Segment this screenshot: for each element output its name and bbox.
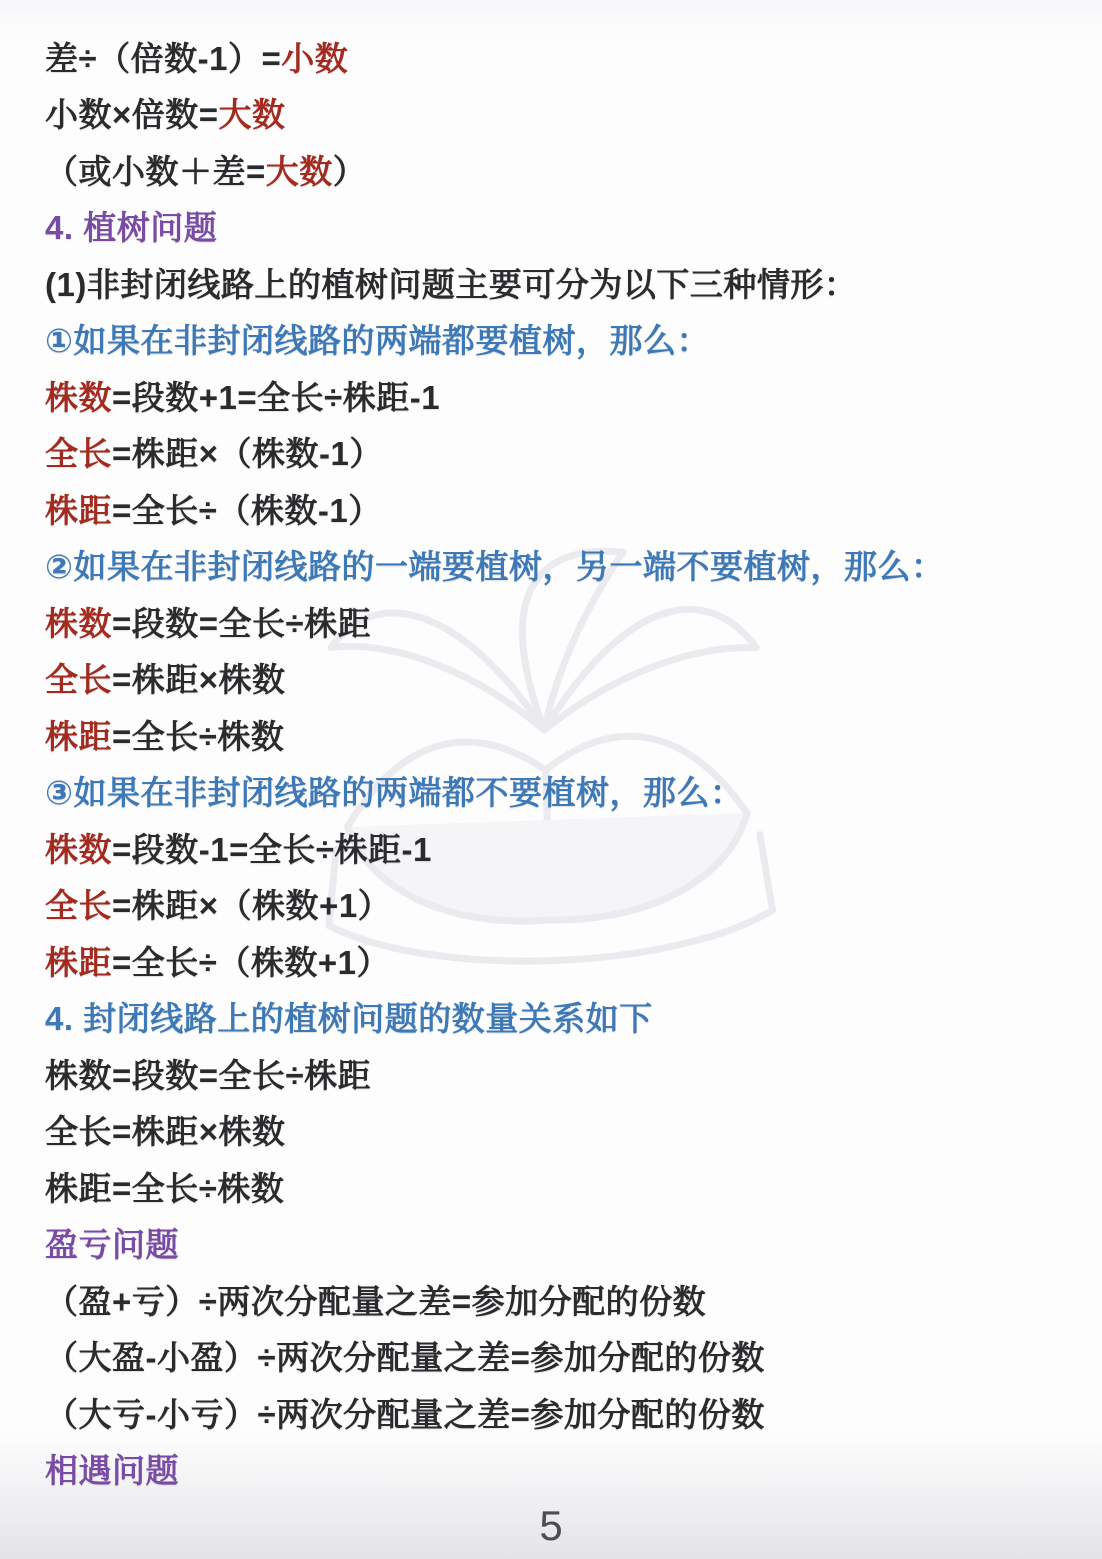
text-segment: 大数: [219, 89, 286, 136]
formula-line: 株数=段数+1=全长÷株距-1: [45, 367, 1078, 424]
text-segment: 株距: [45, 485, 112, 532]
case-heading: ②如果在非封闭线路的一端要植树，另一端不要植树，那么：: [45, 537, 1078, 594]
text-segment: 株距: [45, 711, 112, 758]
text-segment: =全长÷（株数+1）: [112, 937, 390, 984]
formula-line: 全长=株距×（株数+1）: [45, 876, 1078, 933]
text-segment: =段数=全长÷株距: [112, 598, 371, 645]
intro-line: (1)非封闭线路上的植树问题主要可分为以下三种情形：: [45, 254, 1078, 311]
text-segment: 4. 植树问题: [45, 202, 217, 249]
page-footer: 5: [0, 1496, 1102, 1556]
text-segment: 株数: [45, 598, 112, 645]
formula-line: 全长=株距×株数: [45, 650, 1078, 707]
section-heading: 4. 植树问题: [45, 198, 1078, 255]
case-heading: ①如果在非封闭线路的两端都要植树，那么：: [45, 311, 1078, 368]
text-segment: 株距: [45, 937, 112, 984]
text-segment: 小数: [281, 33, 348, 80]
text-segment: =株距×（株数+1）: [112, 880, 391, 927]
text-segment: 大数: [266, 146, 333, 193]
text-segment: =株距×（株数-1）: [112, 428, 383, 475]
formula-line: 株数=段数=全长÷株距: [45, 1045, 1078, 1102]
text-segment: 株数=段数=全长÷株距: [45, 1050, 371, 1097]
text-segment: 盈亏问题: [45, 1219, 179, 1266]
text-segment: 差÷（倍数-1）=: [45, 33, 281, 80]
formula-line: 小数×倍数=大数: [45, 85, 1078, 142]
text-segment: =段数-1=全长÷株距-1: [112, 824, 432, 871]
text-segment: 全长: [45, 428, 112, 475]
text-segment: ③如果在非封闭线路的两端都不要植树，那么：: [45, 767, 743, 814]
text-segment: 全长: [45, 880, 112, 927]
formula-line: 差÷（倍数-1）=小数: [45, 28, 1078, 85]
formula-line: 全长=株距×（株数-1）: [45, 424, 1078, 481]
formula-line: 株数=段数-1=全长÷株距-1: [45, 819, 1078, 876]
text-segment: ②如果在非封闭线路的一端要植树，另一端不要植树，那么：: [45, 541, 944, 588]
formula-line: （大盈-小盈）÷两次分配量之差=参加分配的份数: [45, 1328, 1078, 1385]
document-body: 差÷（倍数-1）=小数小数×倍数=大数（或小数＋差=大数）4. 植树问题(1)非…: [45, 28, 1078, 1497]
text-segment: 全长=株距×株数: [45, 1106, 286, 1153]
text-segment: 全长: [45, 654, 112, 701]
formula-line: 株距=全长÷（株数+1）: [45, 932, 1078, 989]
text-segment: =株距×株数: [112, 654, 286, 701]
text-segment: 4. 封闭线路上的植树问题的数量关系如下: [45, 993, 653, 1040]
formula-line: 株距=全长÷株数: [45, 1158, 1078, 1215]
document-page: 差÷（倍数-1）=小数小数×倍数=大数（或小数＋差=大数）4. 植树问题(1)非…: [0, 0, 1102, 1559]
text-segment: 小数×倍数=: [45, 89, 219, 136]
formula-line: 株数=段数=全长÷株距: [45, 593, 1078, 650]
text-segment: （大亏-小亏）÷两次分配量之差=参加分配的份数: [45, 1389, 765, 1436]
text-segment: 株数: [45, 824, 112, 871]
text-segment: （盈+亏）÷两次分配量之差=参加分配的份数: [45, 1276, 706, 1323]
text-segment: （或小数＋差=: [45, 146, 266, 193]
page-number: 5: [539, 1502, 562, 1550]
text-segment: ①如果在非封闭线路的两端都要植树，那么：: [45, 315, 710, 362]
text-segment: 株距=全长÷株数: [45, 1163, 284, 1210]
text-segment: （大盈-小盈）÷两次分配量之差=参加分配的份数: [45, 1332, 765, 1379]
text-segment: (1)非封闭线路上的植树问题主要可分为以下三种情形：: [45, 259, 857, 306]
formula-line: 株距=全长÷（株数-1）: [45, 480, 1078, 537]
case-heading: 4. 封闭线路上的植树问题的数量关系如下: [45, 989, 1078, 1046]
section-heading: 盈亏问题: [45, 1215, 1078, 1272]
formula-line: 株距=全长÷株数: [45, 706, 1078, 763]
text-segment: =段数+1=全长÷株距-1: [112, 372, 440, 419]
formula-line: 全长=株距×株数: [45, 1102, 1078, 1159]
text-segment: =全长÷（株数-1）: [112, 485, 382, 532]
text-segment: 相遇问题: [45, 1445, 179, 1492]
text-segment: 株数: [45, 372, 112, 419]
formula-line: （盈+亏）÷两次分配量之差=参加分配的份数: [45, 1271, 1078, 1328]
text-segment: =全长÷株数: [112, 711, 284, 758]
formula-line: （大亏-小亏）÷两次分配量之差=参加分配的份数: [45, 1384, 1078, 1441]
text-segment: ）: [333, 146, 367, 193]
section-heading: 相遇问题: [45, 1441, 1078, 1498]
formula-line: （或小数＋差=大数）: [45, 141, 1078, 198]
case-heading: ③如果在非封闭线路的两端都不要植树，那么：: [45, 763, 1078, 820]
